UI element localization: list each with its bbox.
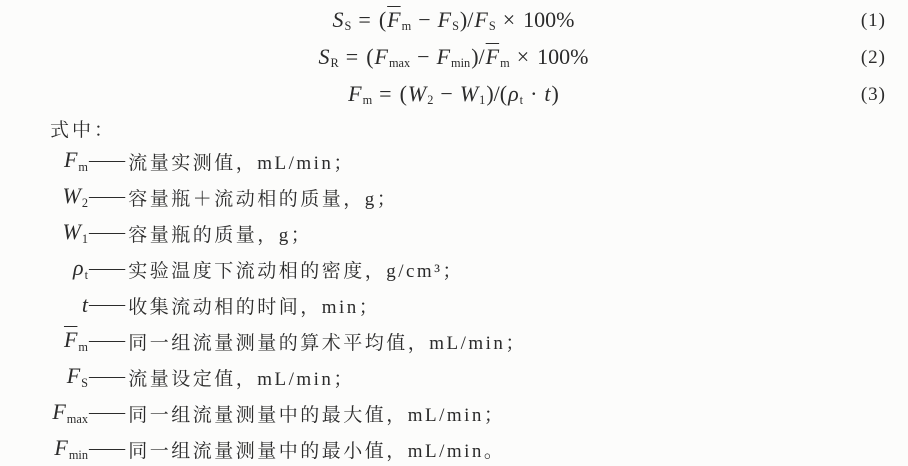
definition-item-fmax: Fmax —— 同一组流量测量中的最大值，mL/min； (0, 395, 908, 431)
formula-fm: Fm=(W2−W1)/(ρt·t) (348, 81, 560, 109)
formula-ss: SS=(Fm−FS)/FS×100% (333, 7, 576, 35)
definition-text: 容量瓶的质量，g； (128, 220, 312, 247)
definition-text: 流量实测值，mL/min； (128, 148, 355, 175)
definition-dash: —— (89, 294, 123, 316)
definition-dash: —— (89, 258, 123, 280)
formula-block: SS=(Fm−FS)/FS×100% (1) SR=(Fmax−Fmin)/Fm… (0, 0, 908, 113)
definition-dash: —— (89, 330, 123, 352)
definition-dash: —— (89, 186, 123, 208)
equation-number-3: (3) (861, 84, 886, 106)
document-page: SS=(Fm−FS)/FS×100% (1) SR=(Fmax−Fmin)/Fm… (0, 0, 908, 466)
where-label-row: 式中： (0, 113, 908, 143)
definition-dash: —— (89, 150, 123, 172)
definition-item-w2: W2 —— 容量瓶＋流动相的质量，g； (0, 179, 908, 215)
definitions-block: 式中： Fm —— 流量实测值，mL/min； W2 —— 容量瓶＋流动相的质量… (0, 113, 908, 466)
definition-text: 容量瓶＋流动相的质量，g； (128, 184, 398, 211)
definition-item-t: t —— 收集流动相的时间，min； (0, 287, 908, 323)
definition-text: 流量设定值，mL/min； (128, 364, 355, 391)
where-label: 式中： (50, 115, 116, 142)
symbol-fm-bar: Fm (34, 327, 88, 355)
symbol-fs: FS (34, 363, 88, 391)
formula-sr: SR=(Fmax−Fmin)/Fm×100% (319, 44, 590, 72)
definition-item-fmin: Fmin —— 同一组流量测量中的最小值，mL/min。 (0, 431, 908, 466)
formula-row-3: Fm=(W2−W1)/(ρt·t) (3) (0, 76, 908, 113)
definition-dash: —— (89, 438, 123, 460)
equation-number-2: (2) (861, 47, 886, 69)
definition-item-fm: Fm —— 流量实测值，mL/min； (0, 143, 908, 179)
definition-text: 同一组流量测量中的最大值，mL/min； (128, 400, 505, 427)
symbol-fmin: Fmin (34, 435, 88, 463)
definition-item-fs: FS —— 流量设定值，mL/min； (0, 359, 908, 395)
symbol-fmax: Fmax (34, 399, 88, 427)
definition-dash: —— (89, 366, 123, 388)
definition-dash: —— (89, 222, 123, 244)
definition-item-fm-bar: Fm —— 同一组流量测量的算术平均值，mL/min； (0, 323, 908, 359)
definition-text: 同一组流量测量中的最小值，mL/min。 (128, 436, 505, 463)
equation-number-1: (1) (861, 10, 886, 32)
symbol-w1: W1 (34, 219, 88, 247)
symbol-t: t (34, 292, 88, 318)
formula-row-2: SR=(Fmax−Fmin)/Fm×100% (2) (0, 39, 908, 76)
definition-item-w1: W1 —— 容量瓶的质量，g； (0, 215, 908, 251)
formula-row-1: SS=(Fm−FS)/FS×100% (1) (0, 2, 908, 39)
definition-item-rho: ρt —— 实验温度下流动相的密度，g/cm³； (0, 251, 908, 287)
definition-text: 同一组流量测量的算术平均值，mL/min； (128, 328, 527, 355)
symbol-w2: W2 (34, 183, 88, 211)
definition-text: 收集流动相的时间，min； (128, 292, 380, 319)
definition-dash: —— (89, 402, 123, 424)
definition-text: 实验温度下流动相的密度，g/cm³； (128, 256, 464, 283)
symbol-fm: Fm (34, 147, 88, 175)
symbol-rho: ρt (34, 255, 88, 283)
